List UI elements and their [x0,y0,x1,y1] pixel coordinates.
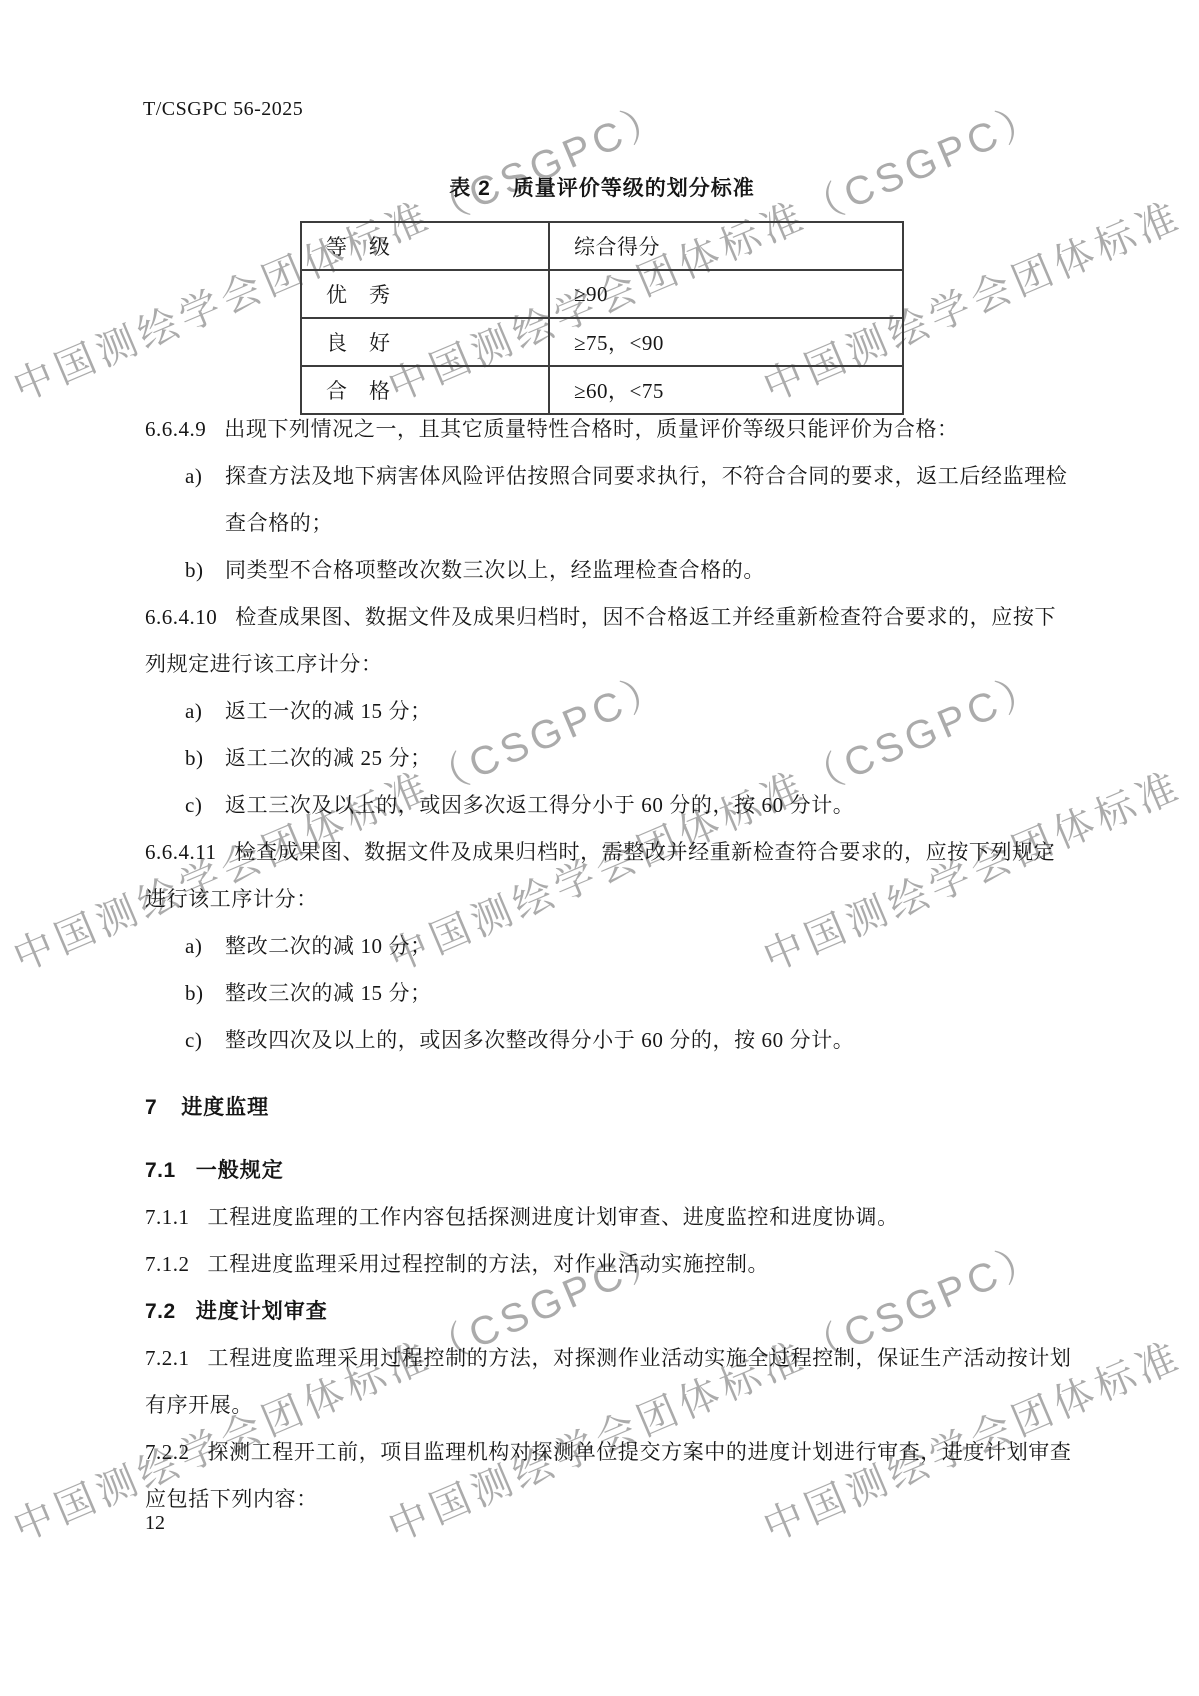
document-body: 6.6.4.9出现下列情况之一，且其它质量特性合格时，质量评价等级只能评价为合格… [145,406,1080,1523]
clause-line: 7.1.1工程进度监理的工作内容包括探测进度计划审查、进度监控和进度协调。 [145,1194,1080,1241]
clause-text: 列规定进行该工序计分： [145,652,383,676]
clause-number: 6.6.4.9 [145,417,206,441]
grade-table: 等 级综合得分优 秀≥90良 好≥75，<90合 格≥60，<75 [300,221,904,415]
clause-text: 检查成果图、数据文件及成果归档时，因不合格返工并经重新检查符合要求的，应按下 [235,605,1056,629]
clause-number: 6.6.4.10 [145,605,217,629]
clause-text: 返工一次的减 15 分； [225,699,432,723]
clause-number: 7.1.1 [145,1205,190,1229]
clause-text: 进度监理 [181,1096,269,1119]
list-item-line: b)返工二次的减 25 分； [145,735,1080,782]
clause-text: 应包括下列内容： [145,1487,318,1511]
clause-number: a) [185,688,225,735]
clause-text: 进行该工序计分： [145,887,318,911]
clause-line: 7.1.2工程进度监理采用过程控制的方法，对作业活动实施控制。 [145,1241,1080,1288]
list-item-line: c)整改四次及以上的，或因多次整改得分小于 60 分的，按 60 分计。 [145,1017,1080,1064]
grade-cell: 优 秀 [301,270,549,318]
score-cell: 综合得分 [549,222,903,270]
clause-text: 工程进度监理采用过程控制的方法，对探测作业活动实施全过程控制，保证生产活动按计划 [208,1346,1072,1370]
clause-number: c) [185,1017,225,1064]
clause-continuation-line: 有序开展。 [145,1382,1080,1429]
list-item-line: b)同类型不合格项整改次数三次以上，经监理检查合格的。 [145,547,1080,594]
clause-text: 检查成果图、数据文件及成果归档时，需整改并经重新检查符合要求的，应按下列规定 [234,840,1055,864]
clause-number: b) [185,735,225,782]
list-item-continuation-line: 查合格的； [145,500,1080,547]
clause-number: 6.6.4.11 [145,840,216,864]
clause-number: a) [185,923,225,970]
clause-text: 整改二次的减 10 分； [225,934,432,958]
clause-text: 有序开展。 [145,1393,253,1417]
clause-number: b) [185,970,225,1017]
table-title: 表 2 质量评价等级的划分标准 [300,172,904,202]
clause-text: 整改四次及以上的，或因多次整改得分小于 60 分的，按 60 分计。 [225,1028,854,1052]
section-heading: 7进度监理 [145,1084,1080,1131]
list-item-line: c)返工三次及以上的，或因多次返工得分小于 60 分的，按 60 分计。 [145,782,1080,829]
clause-text: 整改三次的减 15 分； [225,981,432,1005]
table-row: 良 好≥75，<90 [301,318,903,366]
clause-line: 7.2.2探测工程开工前，项目监理机构对探测单位提交方案中的进度计划进行审查，进… [145,1429,1080,1476]
clause-number: 7.2.2 [145,1440,190,1464]
document-page: 中国测绘学会团体标准（CSGPC）中国测绘学会团体标准（CSGPC）中国测绘学会… [0,0,1199,1696]
clause-text: 返工二次的减 25 分； [225,746,432,770]
subsection-heading: 7.2进度计划审查 [145,1288,1080,1335]
clause-number: 7.2 [145,1300,176,1323]
clause-continuation-line: 列规定进行该工序计分： [145,641,1080,688]
clause-text: 同类型不合格项整改次数三次以上，经监理检查合格的。 [225,558,765,582]
clause-number: 7 [145,1096,157,1119]
clause-number: b) [185,547,225,594]
clause-text: 探测工程开工前，项目监理机构对探测单位提交方案中的进度计划进行审查，进度计划审查 [208,1440,1072,1464]
table-header-row: 等 级综合得分 [301,222,903,270]
clause-number: a) [185,453,225,500]
page-number: 12 [145,1512,165,1535]
clause-text: 工程进度监理采用过程控制的方法，对作业活动实施控制。 [208,1252,770,1276]
clause-number: 7.1 [145,1159,176,1182]
clause-line: 6.6.4.11检查成果图、数据文件及成果归档时，需整改并经重新检查符合要求的，… [145,829,1080,876]
list-item-line: a)整改二次的减 10 分； [145,923,1080,970]
score-cell: ≥90 [549,270,903,318]
clause-line: 6.6.4.9出现下列情况之一，且其它质量特性合格时，质量评价等级只能评价为合格… [145,406,1080,453]
clause-continuation-line: 应包括下列内容： [145,1476,1080,1523]
clause-text: 出现下列情况之一，且其它质量特性合格时，质量评价等级只能评价为合格： [224,417,958,441]
clause-text: 查合格的； [225,511,333,535]
clause-text: 工程进度监理的工作内容包括探测进度计划审查、进度监控和进度协调。 [208,1205,899,1229]
document-number: T/CSGPC 56-2025 [143,98,303,121]
clause-text: 进度计划审查 [196,1300,328,1323]
table-row: 优 秀≥90 [301,270,903,318]
grade-table-body: 等 级综合得分优 秀≥90良 好≥75，<90合 格≥60，<75 [301,222,903,414]
grade-cell: 等 级 [301,222,549,270]
list-item-line: b)整改三次的减 15 分； [145,970,1080,1017]
clause-text: 探查方法及地下病害体风险评估按照合同要求执行，不符合合同的要求，返工后经监理检 [225,464,1067,488]
clause-number: 7.2.1 [145,1346,190,1370]
clause-number: 7.1.2 [145,1252,190,1276]
clause-number: c) [185,782,225,829]
clause-line: 6.6.4.10检查成果图、数据文件及成果归档时，因不合格返工并经重新检查符合要… [145,594,1080,641]
score-cell: ≥75，<90 [549,318,903,366]
subsection-heading: 7.1一般规定 [145,1147,1080,1194]
clause-continuation-line: 进行该工序计分： [145,876,1080,923]
list-item-line: a)探查方法及地下病害体风险评估按照合同要求执行，不符合合同的要求，返工后经监理… [145,453,1080,500]
grade-cell: 良 好 [301,318,549,366]
clause-line: 7.2.1工程进度监理采用过程控制的方法，对探测作业活动实施全过程控制，保证生产… [145,1335,1080,1382]
list-item-line: a)返工一次的减 15 分； [145,688,1080,735]
clause-text: 一般规定 [196,1159,284,1182]
clause-text: 返工三次及以上的，或因多次返工得分小于 60 分的，按 60 分计。 [225,793,854,817]
